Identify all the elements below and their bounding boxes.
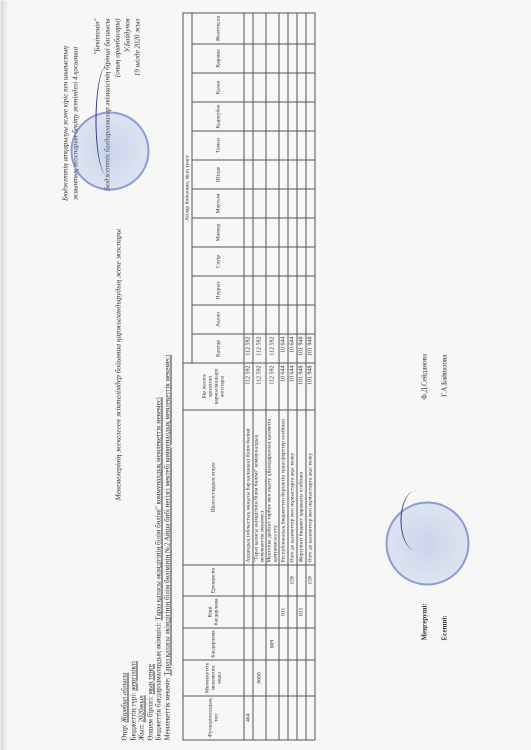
cell-month <box>288 101 297 130</box>
cell-inst-code <box>306 660 315 695</box>
cell-month <box>253 101 266 130</box>
cell-month <box>306 43 315 72</box>
cell-month: 112 592 <box>244 333 253 362</box>
cell-month <box>306 13 315 44</box>
cell-month <box>279 275 288 304</box>
cell-func: 464 <box>244 695 253 739</box>
cell-name: Өзге де қызметтер мен жұмыстарға ақы төл… <box>306 409 315 564</box>
table-row: 009Мектепке дейінгі тәрбие мен оқыту ұйы… <box>266 13 279 740</box>
cell-month <box>297 72 306 101</box>
cell-month <box>288 188 297 217</box>
cell-month <box>279 304 288 333</box>
cell-month <box>266 72 279 101</box>
accountant-signature-line: Есепші: Г.А.Байназова <box>440 354 448 640</box>
cell-month <box>279 246 288 275</box>
cell-month <box>306 304 315 333</box>
table-row: 015Жергілікті бюджет қаражаты есебінен10… <box>297 13 306 740</box>
cell-month <box>244 275 253 304</box>
cell-annual: 112 592 <box>253 362 266 409</box>
cell-month <box>288 217 297 246</box>
cell-month <box>288 246 297 275</box>
document-meta: Өңір: Жамбыл облысы Бюджеттің түрі: жерг… <box>120 354 172 740</box>
accountant-label: Есепші: <box>440 615 448 640</box>
cell-func <box>288 695 297 739</box>
cell-month <box>244 72 253 101</box>
cell-month: 101 948 <box>306 333 315 362</box>
cell-month <box>288 130 297 159</box>
cell-month <box>244 13 253 44</box>
cell-specifics <box>266 564 279 595</box>
cell-month <box>297 246 306 275</box>
cell-month <box>266 304 279 333</box>
cell-month <box>244 217 253 246</box>
cell-month <box>297 130 306 159</box>
cell-month <box>266 246 279 275</box>
cell-subprogram <box>266 595 279 627</box>
cell-month <box>297 217 306 246</box>
cell-month <box>266 130 279 159</box>
cell-subprogram <box>288 595 297 627</box>
cell-program <box>297 627 306 659</box>
col-month: Қазан <box>192 72 244 101</box>
accountant-name: Г.А.Байназова <box>440 354 448 396</box>
cell-name: Аудандық (облыстық маңызы бар қаланың) б… <box>244 409 253 564</box>
cell-month <box>279 159 288 188</box>
cell-month <box>288 72 297 101</box>
cell-specifics <box>279 564 288 595</box>
cell-month <box>266 217 279 246</box>
cell-subprogram <box>306 595 315 627</box>
cell-month <box>244 130 253 159</box>
cell-month <box>244 188 253 217</box>
col-inst-code: Мемлекеттік мекеменің коды <box>183 660 244 695</box>
cell-month <box>279 217 288 246</box>
cell-subprogram: 015 <box>297 595 306 627</box>
cell-month <box>244 101 253 130</box>
cell-month <box>288 13 297 44</box>
cell-specifics: 159 <box>306 564 315 595</box>
col-annual: Бір жылға арналған қаржыландыру жоспары <box>183 362 244 409</box>
cell-month: 112 592 <box>253 333 266 362</box>
cell-month <box>253 188 266 217</box>
cell-month <box>279 72 288 101</box>
cell-month <box>279 130 288 159</box>
cell-month <box>306 101 315 130</box>
cell-month <box>266 43 279 72</box>
cell-annual: 101 948 <box>306 362 315 409</box>
approval-line: жиынтық жоспарын бекіту жөніндегі 4 қосы… <box>70 18 80 228</box>
cell-month <box>253 130 266 159</box>
cell-month <box>244 304 253 333</box>
col-func: Функционалдық топ <box>183 695 244 739</box>
cell-month <box>253 246 266 275</box>
cell-month <box>297 43 306 72</box>
cell-month <box>306 275 315 304</box>
cell-month <box>306 246 315 275</box>
cell-month <box>244 43 253 72</box>
cell-month <box>253 13 266 44</box>
cell-month <box>244 246 253 275</box>
unit-value: мың теңге <box>146 663 154 693</box>
admin-label: Бюджеттік бағдарламалардың әкімшісі: <box>154 622 162 740</box>
cell-annual: 10 644 <box>279 362 288 409</box>
cell-month: 10 644 <box>279 333 288 362</box>
cell-func <box>279 695 288 739</box>
cell-func <box>253 695 266 739</box>
cell-inst-code <box>279 660 288 695</box>
cell-month: 112 592 <box>266 333 279 362</box>
cell-inst-code <box>288 660 297 695</box>
cell-program <box>253 627 266 659</box>
cell-month: 101 948 <box>297 333 306 362</box>
col-month: Тамыз <box>192 130 244 159</box>
table-row: 6680"Тараз қаласы әкімдігінің білім бөлі… <box>253 13 266 740</box>
cell-month <box>253 43 266 72</box>
year-label: Жыл: <box>137 724 145 740</box>
cell-specifics: 159 <box>288 564 297 595</box>
col-month: Желтоқсан <box>192 13 244 44</box>
cell-annual: 101 948 <box>297 362 306 409</box>
cell-name: Жергілікті бюджет қаражаты есебінен <box>297 409 306 564</box>
approval-line: Бюджеттің атқарылуы және кіріс пен шығыс… <box>60 18 70 228</box>
cell-program <box>279 627 288 659</box>
col-month: Наурыз <box>192 275 244 304</box>
cell-inst-code: 6680 <box>253 660 266 695</box>
col-name: Шығыстардың атауы <box>183 409 244 564</box>
cell-month <box>253 275 266 304</box>
cell-month <box>266 101 279 130</box>
cell-specifics <box>297 564 306 595</box>
cell-month <box>297 275 306 304</box>
cell-month <box>279 101 288 130</box>
col-month: Қыркүйек <box>192 101 244 130</box>
cell-month <box>279 13 288 44</box>
cell-month <box>266 188 279 217</box>
col-month: Ақпан <box>192 304 244 333</box>
cell-month <box>266 275 279 304</box>
signature-bottom <box>400 490 431 550</box>
cell-month <box>306 188 315 217</box>
cell-month <box>253 72 266 101</box>
col-month: Қаңтар <box>192 333 244 362</box>
col-months-group: Айлар бойынша, мың теңге <box>183 13 192 363</box>
cell-annual: 112 592 <box>244 362 253 409</box>
cell-subprogram <box>253 595 266 627</box>
cell-month <box>306 130 315 159</box>
table-row: 159Өзге де қызметтер мен жұмыстарға ақы … <box>306 13 315 740</box>
region-label: Өңір: <box>120 724 128 740</box>
unit-label: Өлшем бірлігі: <box>146 696 154 740</box>
cell-month <box>279 43 288 72</box>
document-page: Бюджеттің атқарылуы және кіріс пен шығыс… <box>0 0 531 750</box>
scanned-page: Бюджеттің атқарылуы және кіріс пен шығыс… <box>0 0 531 750</box>
cell-month <box>288 304 297 333</box>
year-value: 2020жыл <box>137 695 145 722</box>
cell-month <box>288 275 297 304</box>
col-month: Сәуір <box>192 246 244 275</box>
budget-type-label: Бюджеттің түрі: <box>129 692 137 740</box>
col-month: Шілде <box>192 159 244 188</box>
cell-month <box>297 188 306 217</box>
cell-month <box>266 13 279 44</box>
table-row: 011Республикалық бюджеттен берілетін тра… <box>279 13 288 740</box>
cell-month <box>306 72 315 101</box>
cell-month <box>253 217 266 246</box>
budget-type-value: жергілікті <box>129 661 137 691</box>
cell-month <box>297 159 306 188</box>
cell-month <box>297 13 306 44</box>
col-program: Бағдарлама <box>183 627 244 659</box>
cell-month <box>244 159 253 188</box>
cell-program: 009 <box>266 627 279 659</box>
head-name: Ф.Д.Сейданова <box>420 354 428 400</box>
head-label: Меңгеруші: <box>420 603 428 640</box>
cell-program <box>244 627 253 659</box>
institution-value: Тараз қаласы әкімдігінің білім бөлімінің… <box>163 354 171 675</box>
cell-specifics <box>244 564 253 595</box>
admin-value: Тараз қаласы әкімдігінің білім бөлімі" к… <box>154 397 162 620</box>
cell-program <box>306 627 315 659</box>
cell-month <box>266 159 279 188</box>
cell-specifics <box>253 564 266 595</box>
cell-month <box>288 159 297 188</box>
cell-subprogram <box>244 595 253 627</box>
financing-plan-table: Функционалдық топ Мемлекеттік мекеменің … <box>182 12 315 740</box>
signature-top <box>95 65 118 175</box>
col-month: Мамыр <box>192 217 244 246</box>
cell-month <box>253 304 266 333</box>
cell-inst-code <box>244 660 253 695</box>
cell-month <box>297 304 306 333</box>
cell-month <box>297 101 306 130</box>
cell-annual: 10 644 <box>288 362 297 409</box>
cell-inst-code <box>266 660 279 695</box>
cell-month <box>279 188 288 217</box>
cell-func <box>297 695 306 739</box>
paper-edge <box>0 0 8 750</box>
cell-name: "Тараз қаласы әкімдігінің білім бөлімі" … <box>253 409 266 564</box>
cell-month: 10 644 <box>288 333 297 362</box>
col-month: Қараша <box>192 43 244 72</box>
cell-month <box>253 159 266 188</box>
cell-program <box>288 627 297 659</box>
cell-name: Мектепке дейінгі тәрбие мен оқыту ұйымда… <box>266 409 279 564</box>
cell-func <box>266 695 279 739</box>
institution-label: Мемлекеттік мекеме: <box>163 677 171 740</box>
cell-annual: 112 592 <box>266 362 279 409</box>
col-specifics: Ерекшелік <box>183 564 244 595</box>
table-row: 159Өзге де қызметтер мен жұмыстарға ақы … <box>288 13 297 740</box>
region-value: Жамбыл облысы <box>120 672 128 722</box>
col-month: Маусым <box>192 188 244 217</box>
cell-month <box>306 217 315 246</box>
cell-name: Республикалық бюджеттен берілетін трансф… <box>279 409 288 564</box>
cell-inst-code <box>297 660 306 695</box>
cell-subprogram: 011 <box>279 595 288 627</box>
col-subprogram: Кіші бағдарлама <box>183 595 244 627</box>
cell-name: Өзге де қызметтер мен жұмыстарға ақы төл… <box>288 409 297 564</box>
cell-month <box>306 159 315 188</box>
cell-func <box>306 695 315 739</box>
cell-month <box>288 43 297 72</box>
table-row: 464Аудандық (облыстық маңызы бар қаланың… <box>244 13 253 740</box>
